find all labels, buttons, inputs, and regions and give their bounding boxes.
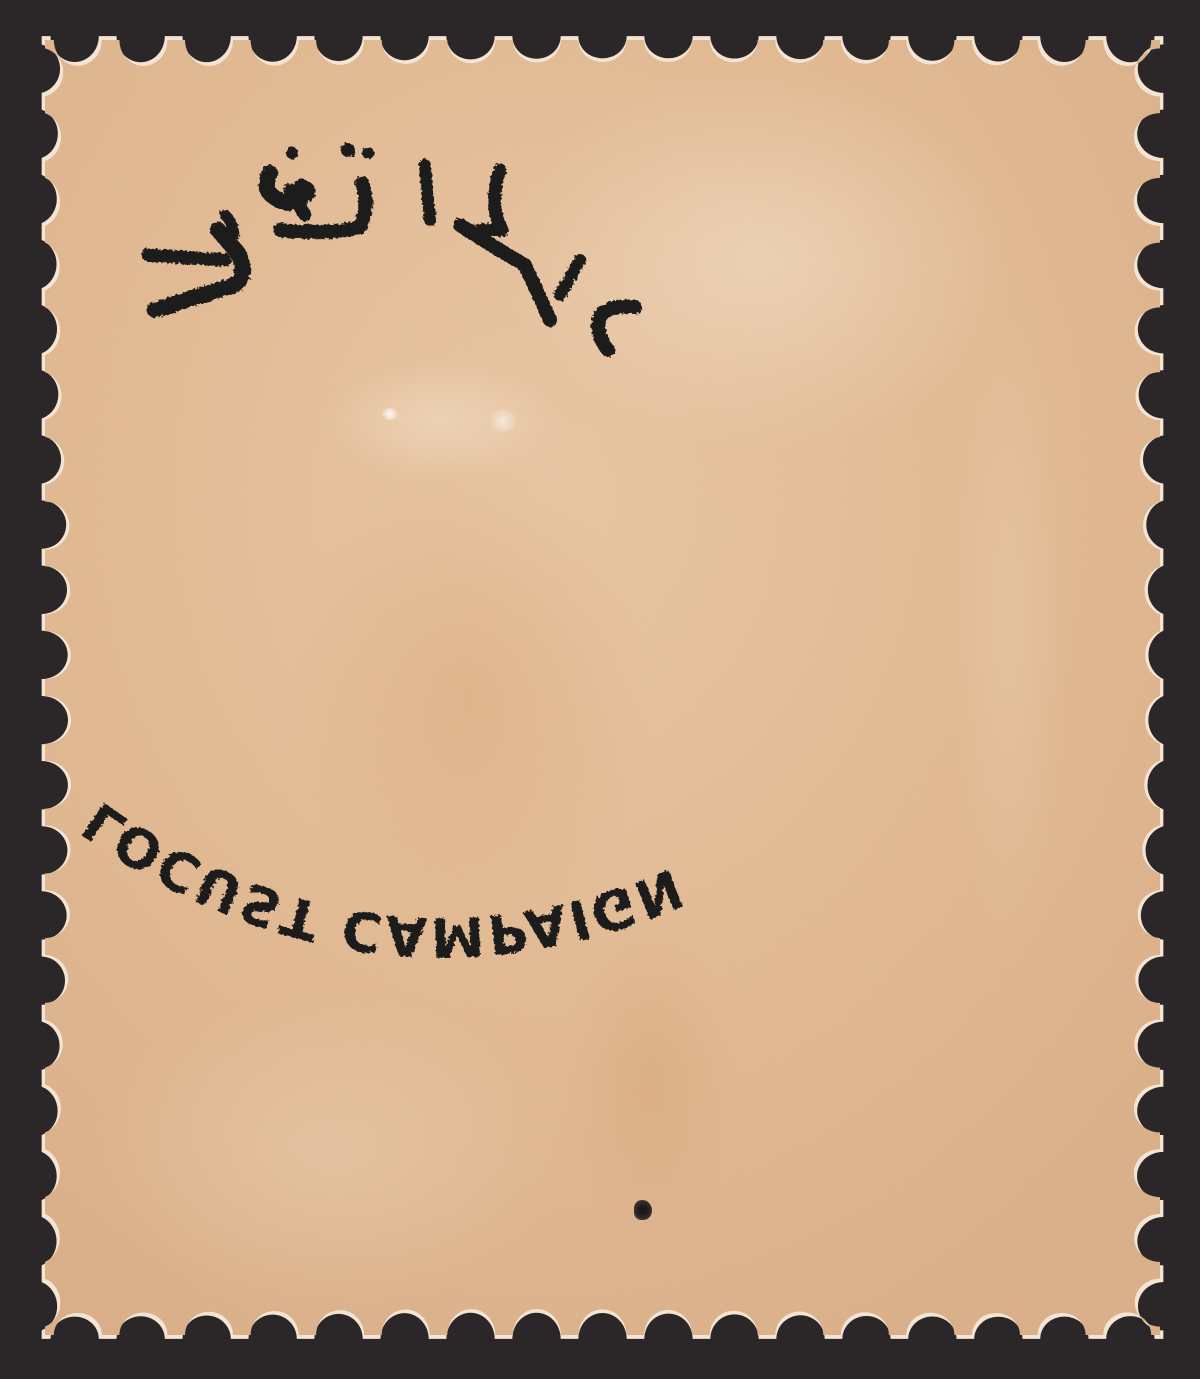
mirrored-arabic-overprint xyxy=(130,135,690,375)
svg-text:LOCUST CAMPAIGN: LOCUST CAMPAIGN xyxy=(72,789,693,968)
paper-white-speck xyxy=(382,408,398,420)
paper-white-speck xyxy=(490,410,516,432)
ink-speck xyxy=(634,1200,652,1220)
overprint-text: LOCUST CAMPAIGN xyxy=(72,789,693,968)
mirrored-locust-campaign-overprint: LOCUST CAMPAIGN xyxy=(70,770,770,1010)
